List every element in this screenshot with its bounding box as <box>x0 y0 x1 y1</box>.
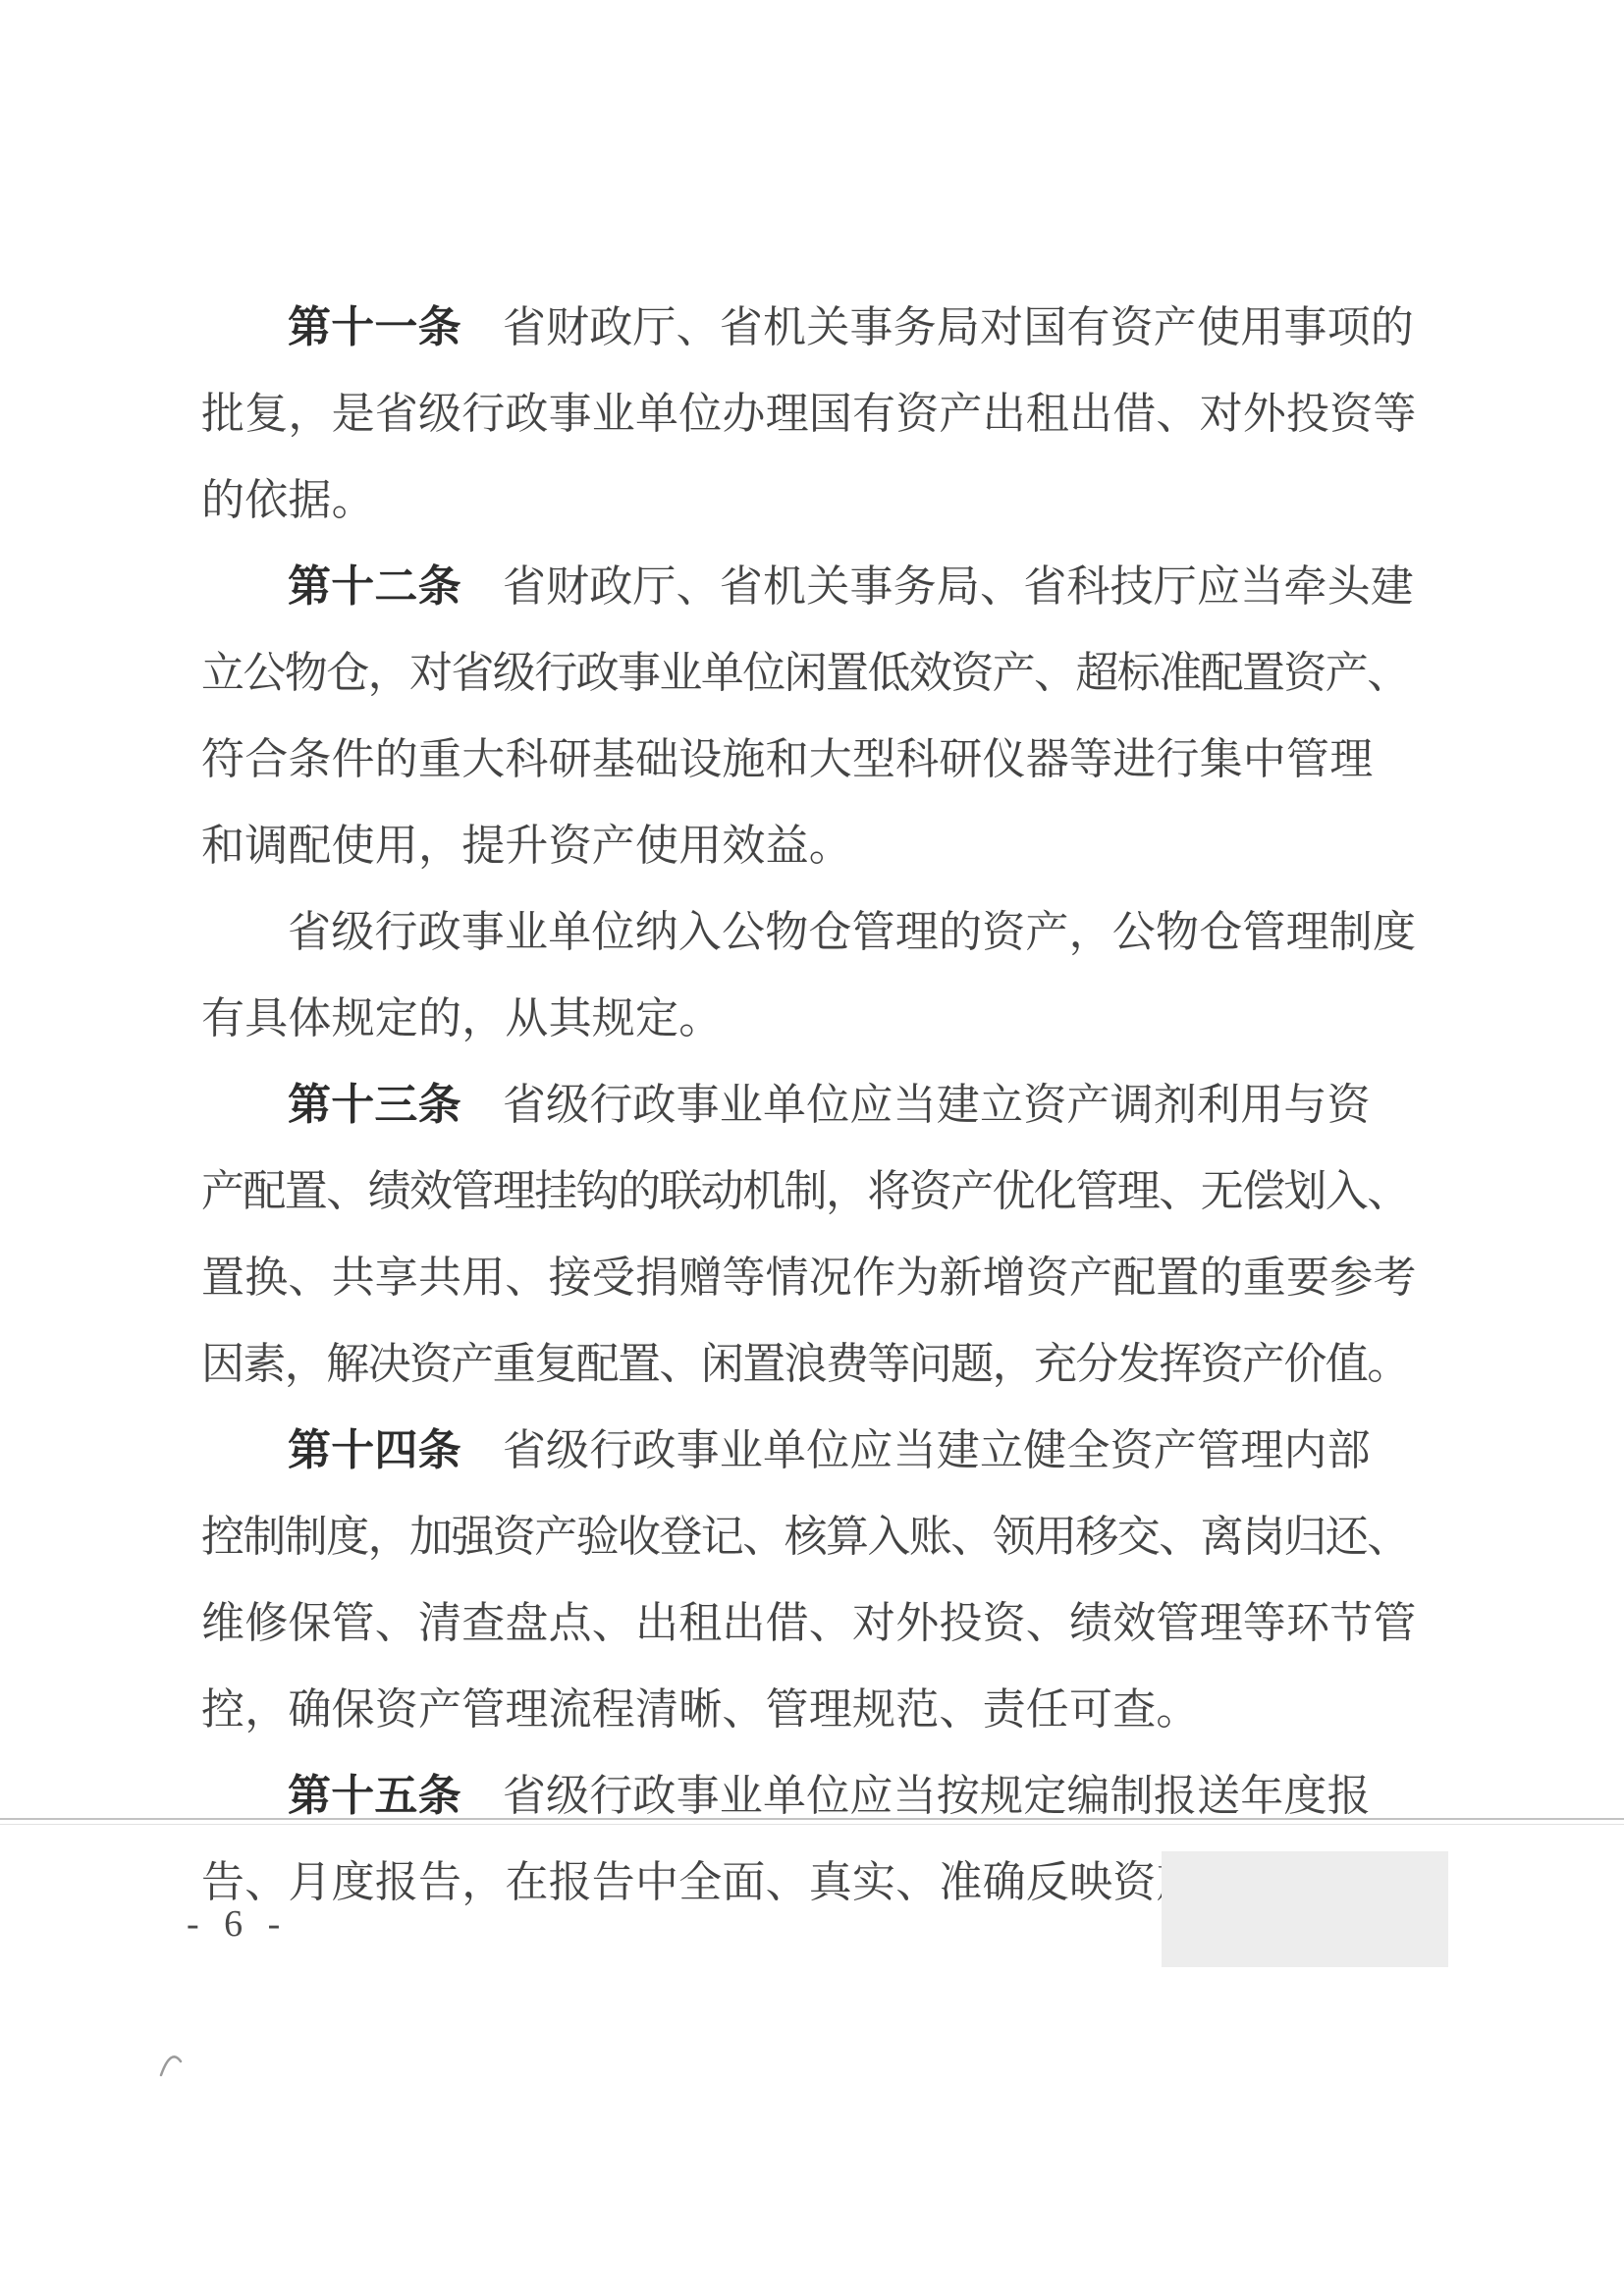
doc-line: 因素，解决资产重复配置、闲置浪费等问题，充分发挥资产价值。 <box>201 1321 1424 1408</box>
doc-line: 第十二条省财政厅、省机关事务局、省科技厅应当牵头建 <box>201 544 1424 630</box>
line-text: 因素，解决资产重复配置、闲置浪费等问题，充分发挥资产价值。 <box>201 1340 1409 1388</box>
doc-line: 维修保管、清查盘点、出租出借、对外投资、绩效管理等环节管 <box>201 1580 1424 1667</box>
doc-line: 和调配使用，提升资产使用效益。 <box>201 803 1424 889</box>
doc-line: 第十五条省级行政事业单位应当按规定编制报送年度报 <box>201 1753 1424 1840</box>
document-body: 第十一条省财政厅、省机关事务局对国有资产使用事项的 批复，是省级行政事业单位办理… <box>201 285 1424 1926</box>
article-number: 第十一条 <box>288 303 461 351</box>
line-text: 符合条件的重大科研基础设施和大型科研仪器等进行集中管理 <box>201 735 1373 783</box>
scan-artifact-line-faint <box>0 1824 1624 1825</box>
article-number: 第十二条 <box>288 562 461 611</box>
line-text: 控制制度，加强资产验收登记、核算入账、领用移交、离岗归还、 <box>201 1513 1409 1561</box>
doc-line: 第十四条省级行政事业单位应当建立健全资产管理内部 <box>201 1408 1424 1494</box>
line-text: 有具体规定的，从其规定。 <box>201 994 722 1042</box>
page-number: - 6 - <box>187 1902 288 1946</box>
line-text: 省级行政事业单位纳入公物仓管理的资产，公物仓管理制度 <box>288 908 1416 956</box>
line-text: 省级行政事业单位应当按规定编制报送年度报 <box>503 1772 1371 1820</box>
doc-line: 符合条件的重大科研基础设施和大型科研仪器等进行集中管理 <box>201 717 1424 803</box>
doc-line: 产配置、绩效管理挂钩的联动机制，将资产优化管理、无偿划入、 <box>201 1148 1424 1235</box>
line-text: 省财政厅、省机关事务局、省科技厅应当牵头建 <box>503 562 1414 611</box>
line-text: 控，确保资产管理流程清晰、管理规范、责任可查。 <box>201 1685 1200 1734</box>
doc-line: 控，确保资产管理流程清晰、管理规范、责任可查。 <box>201 1667 1424 1753</box>
line-text: 省财政厅、省机关事务局对国有资产使用事项的 <box>503 303 1414 351</box>
line-text: 产配置、绩效管理挂钩的联动机制，将资产优化管理、无偿划入、 <box>201 1167 1409 1215</box>
doc-line: 的依据。 <box>201 457 1424 544</box>
line-text: 省级行政事业单位应当建立健全资产管理内部 <box>503 1426 1371 1474</box>
article-number: 第十四条 <box>288 1426 461 1474</box>
line-text: 批复，是省级行政事业单位办理国有资产出租出借、对外投资等 <box>201 390 1417 438</box>
scan-artifact-mark <box>155 2044 196 2085</box>
line-text: 的依据。 <box>201 476 375 524</box>
doc-line: 省级行政事业单位纳入公物仓管理的资产，公物仓管理制度 <box>201 889 1424 976</box>
line-text: 省级行政事业单位应当建立资产调剂利用与资 <box>503 1081 1371 1129</box>
line-text: 维修保管、清查盘点、出租出借、对外投资、绩效管理等环节管 <box>201 1599 1417 1647</box>
line-text: 置换、共享共用、接受捐赠等情况作为新增资产配置的重要参考 <box>201 1254 1417 1302</box>
line-text: 和调配使用，提升资产使用效益。 <box>201 822 852 870</box>
scanned-document-page: 第十一条省财政厅、省机关事务局对国有资产使用事项的 批复，是省级行政事业单位办理… <box>0 0 1624 2296</box>
article-number: 第十三条 <box>288 1081 461 1129</box>
doc-line: 批复，是省级行政事业单位办理国有资产出租出借、对外投资等 <box>201 371 1424 457</box>
doc-line: 置换、共享共用、接受捐赠等情况作为新增资产配置的重要参考 <box>201 1235 1424 1321</box>
article-number: 第十五条 <box>288 1772 461 1820</box>
doc-line: 第十一条省财政厅、省机关事务局对国有资产使用事项的 <box>201 285 1424 371</box>
doc-line: 立公物仓，对省级行政事业单位闲置低效资产、超标准配置资产、 <box>201 630 1424 717</box>
doc-line: 第十三条省级行政事业单位应当建立资产调剂利用与资 <box>201 1062 1424 1148</box>
doc-line: 有具体规定的，从其规定。 <box>201 976 1424 1062</box>
scan-artifact-line <box>0 1818 1624 1820</box>
doc-line: 控制制度，加强资产验收登记、核算入账、领用移交、离岗归还、 <box>201 1494 1424 1580</box>
line-text: 立公物仓，对省级行政事业单位闲置低效资产、超标准配置资产、 <box>201 649 1409 697</box>
scan-artifact-shade <box>1162 1851 1448 1967</box>
